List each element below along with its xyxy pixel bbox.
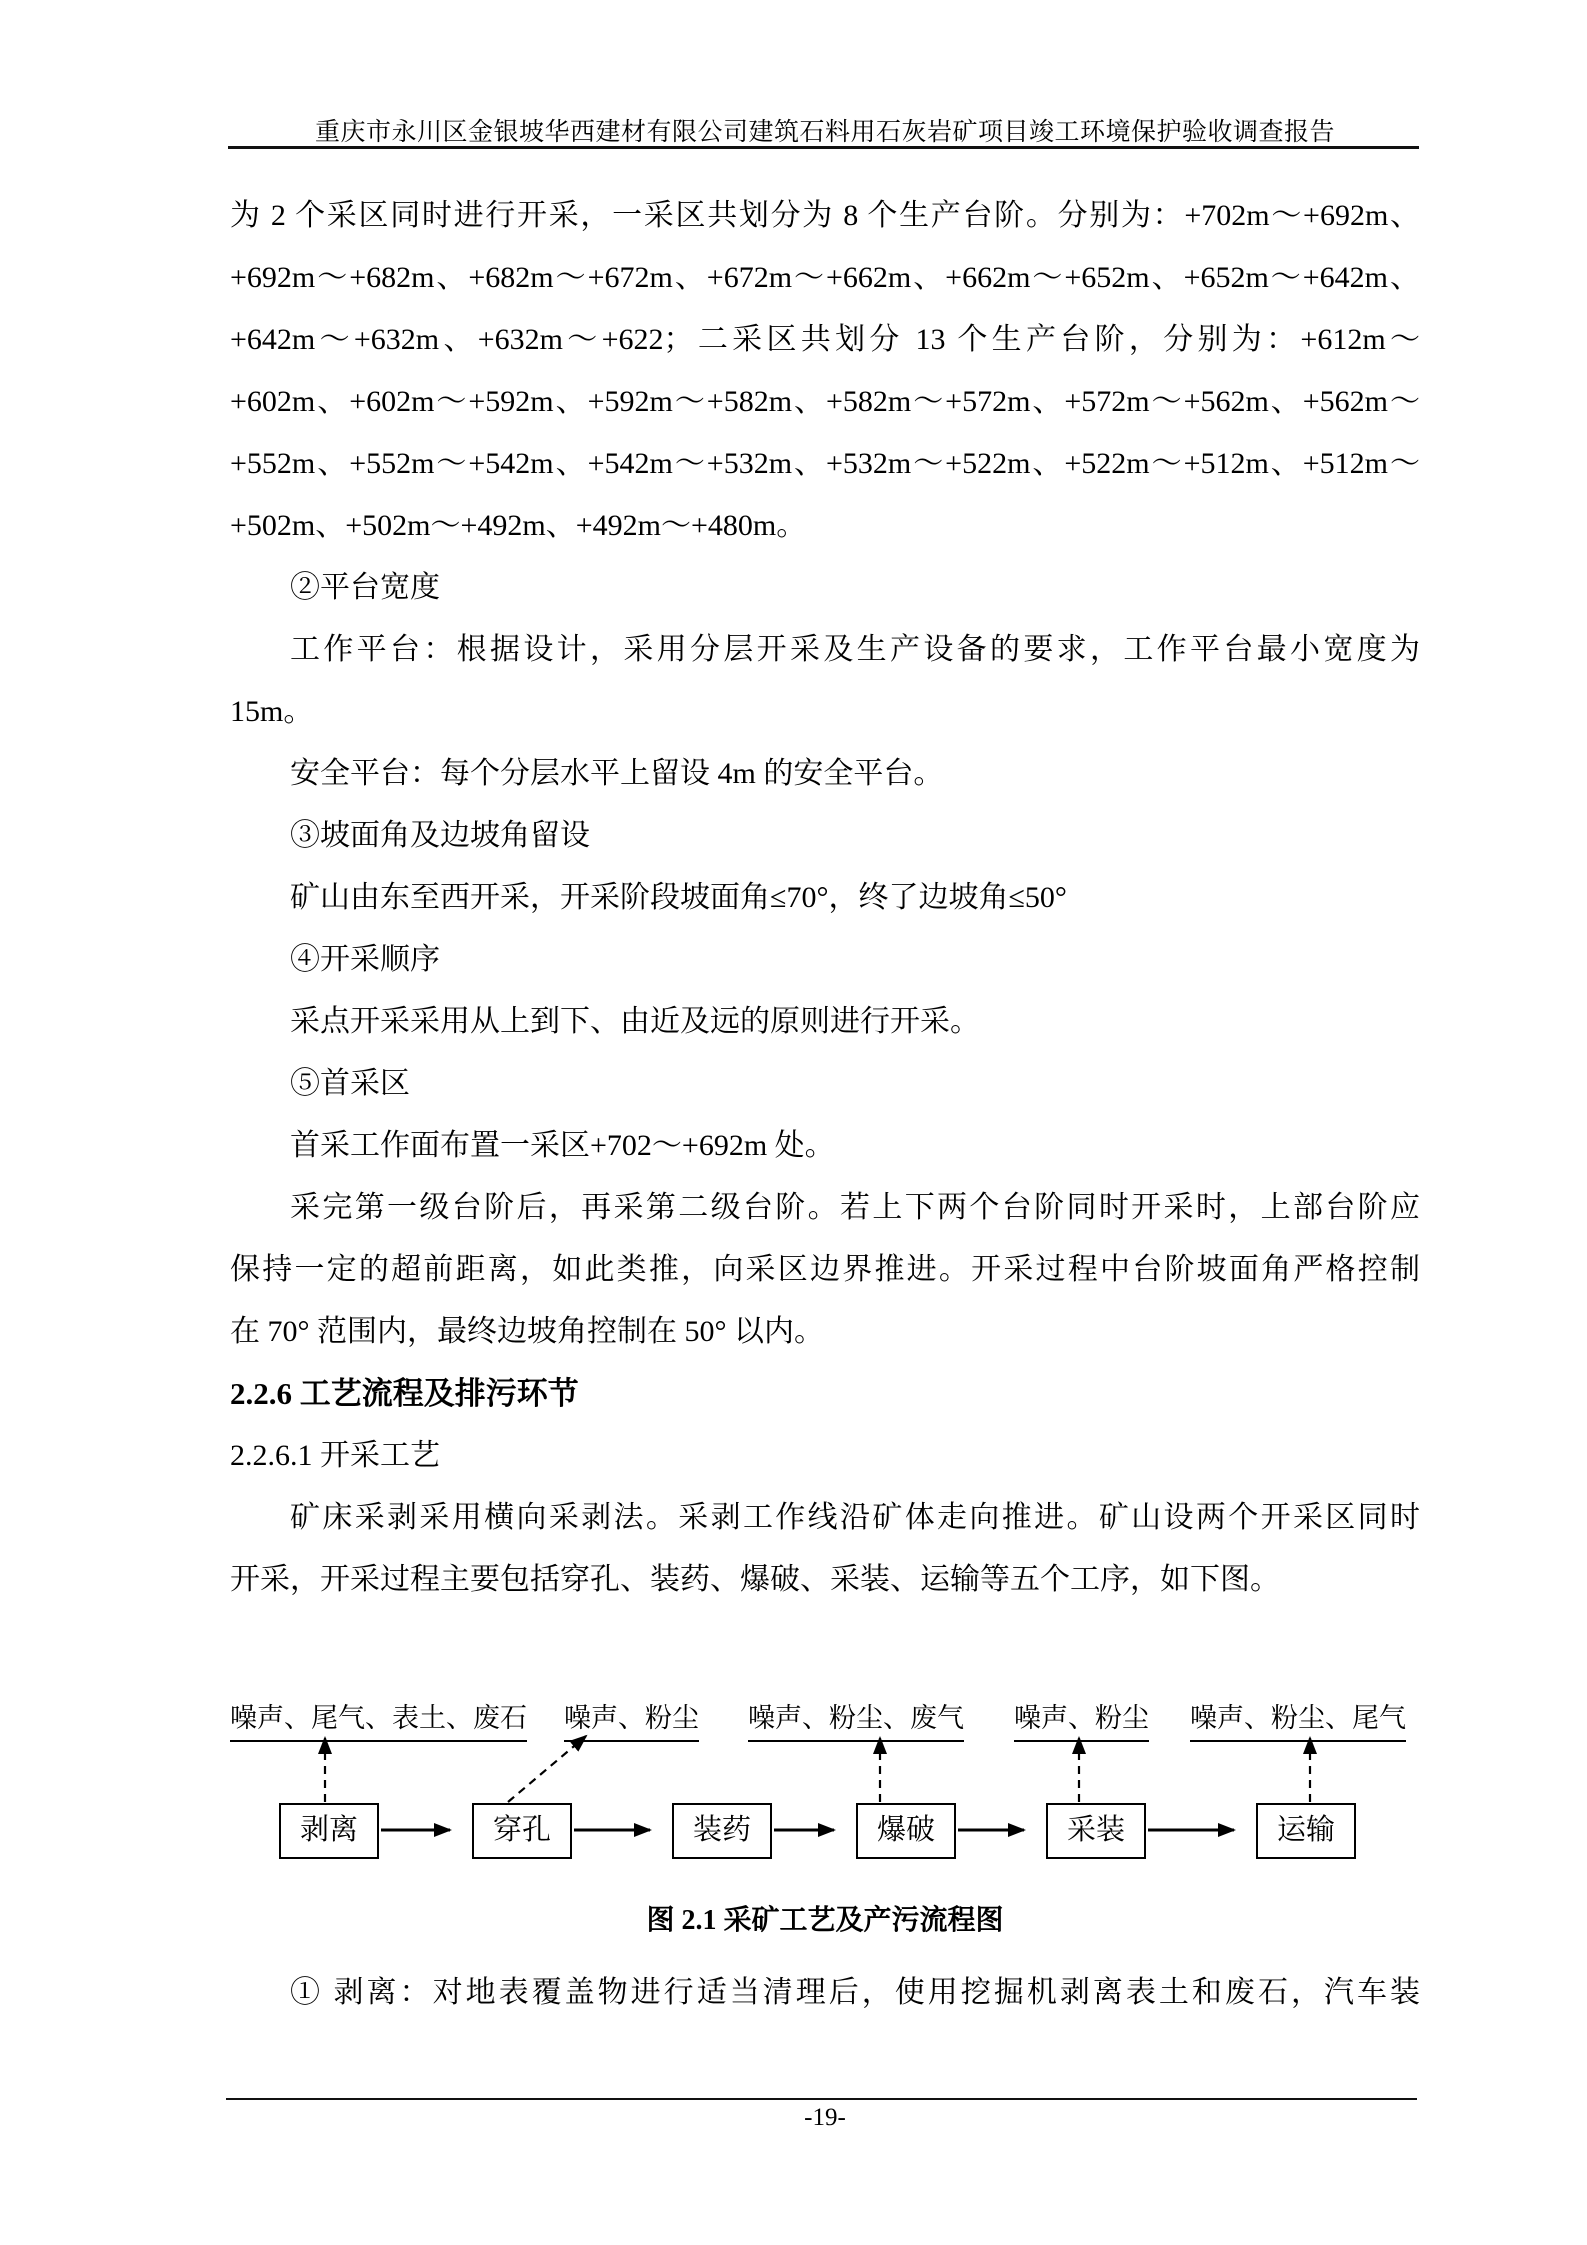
- body-line: 矿床采剥采用横向采剥法。采剥工作线沿矿体走向推进。矿山设两个开采区同时: [230, 1487, 1420, 1549]
- footer-rule: [226, 2098, 1417, 2100]
- process-box-transport: 运输: [1256, 1803, 1356, 1859]
- emission-label: 噪声、尾气、表土、废石: [230, 1696, 527, 1742]
- emission-label: 噪声、粉尘、尾气: [1190, 1696, 1406, 1742]
- page-number: -19-: [230, 2104, 1420, 2132]
- body-line: ③坡面角及边坡角留设: [230, 805, 1420, 867]
- process-box-drilling: 穿孔: [472, 1803, 572, 1859]
- body-line: 在 70° 范围内，最终边坡角控制在 50° 以内。: [230, 1301, 1420, 1363]
- body-line: +602m、+602m～+592m、+592m～+582m、+582m～+572…: [230, 371, 1420, 433]
- after-figure-paragraph: ① 剥离：对地表覆盖物进行适当清理后，使用挖掘机剥离表土和废石，汽车装: [230, 1962, 1420, 2024]
- process-box-blasting: 爆破: [856, 1803, 956, 1859]
- body-line: 保持一定的超前距离，如此类推，向采区边界推进。开采过程中台阶坡面角严格控制: [230, 1239, 1420, 1301]
- body-line: 采完第一级台阶后，再采第二级台阶。若上下两个台阶同时开采时，上部台阶应: [230, 1177, 1420, 1239]
- body-line: +552m、+552m～+542m、+542m～+532m、+532m～+522…: [230, 433, 1420, 495]
- page-header-title: 重庆市永川区金银坡华西建材有限公司建筑石料用石灰岩矿项目竣工环境保护验收调查报告: [230, 112, 1420, 148]
- body-line: 首采工作面布置一采区+702～+692m 处。: [230, 1115, 1420, 1177]
- document-page: 重庆市永川区金银坡华西建材有限公司建筑石料用石灰岩矿项目竣工环境保护验收调查报告…: [0, 0, 1587, 2245]
- dashed-emission-arrow: [508, 1736, 586, 1802]
- body-line: ⑤首采区: [230, 1053, 1420, 1115]
- body-text: 为 2 个采区同时进行开采，一采区共划分为 8 个生产台阶。分别为：+702m～…: [230, 185, 1420, 1611]
- body-line: 安全平台：每个分层水平上留设 4m 的安全平台。: [230, 743, 1420, 805]
- body-line: 工作平台：根据设计，采用分层开采及生产设备的要求，工作平台最小宽度为: [230, 619, 1420, 681]
- body-line: 15m。: [230, 681, 1420, 743]
- body-line: 为 2 个采区同时进行开采，一采区共划分为 8 个生产台阶。分别为：+702m～…: [230, 185, 1420, 247]
- process-box-charging: 装药: [672, 1803, 772, 1859]
- body-line: 采点开采采用从上到下、由近及远的原则进行开采。: [230, 991, 1420, 1053]
- section-heading: 2.2.6 工艺流程及排污环节: [230, 1363, 1420, 1425]
- subsection-heading: 2.2.6.1 开采工艺: [230, 1425, 1420, 1487]
- body-line: +642m～+632m、+632m～+622；二采区共划分 13 个生产台阶，分…: [230, 309, 1420, 371]
- body-line: ④开采顺序: [230, 929, 1420, 991]
- body-line: 开采，开采过程主要包括穿孔、装药、爆破、采装、运输等五个工序，如下图。: [230, 1549, 1420, 1611]
- emission-label: 噪声、粉尘: [564, 1696, 699, 1742]
- emission-label: 噪声、粉尘、废气: [748, 1696, 964, 1742]
- body-line: ②平台宽度: [230, 557, 1420, 619]
- body-line: +502m、+502m～+492m、+492m～+480m。: [230, 495, 1420, 557]
- header-rule: [228, 146, 1419, 149]
- process-box-loading: 采装: [1046, 1803, 1146, 1859]
- process-box-stripping: 剥离: [279, 1803, 379, 1859]
- emission-label: 噪声、粉尘: [1014, 1696, 1149, 1742]
- body-line: 矿山由东至西开采，开采阶段坡面角≤70°，终了边坡角≤50°: [230, 867, 1420, 929]
- body-line: +692m～+682m、+682m～+672m、+672m～+662m、+662…: [230, 247, 1420, 309]
- figure-caption: 图 2.1 采矿工艺及产污流程图: [230, 1898, 1420, 1938]
